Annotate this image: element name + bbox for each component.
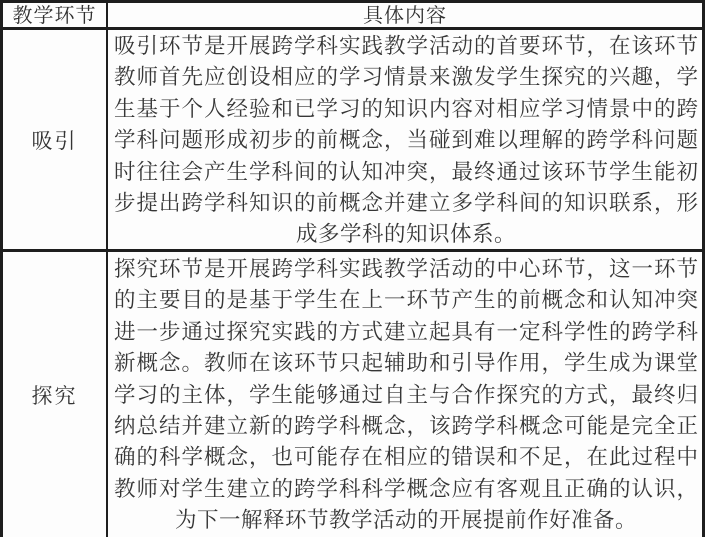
content-line: 时往往会产生学科间的认知冲突，最终通过该环节学生能初 — [114, 157, 698, 188]
header-cell-content: 具体内容 — [108, 3, 702, 27]
content-line: 步提出跨学科知识的前概念并建立多学科间的知识联系，形 — [114, 188, 698, 219]
content-line: 新概念。教师在该环节只起辅助和引导作用，学生成为课堂 — [114, 348, 698, 379]
stage-label-explore: 探究 — [3, 252, 108, 537]
content-line: 学科问题形成初步的前概念，当碰到难以理解的跨学科问题 — [114, 125, 698, 156]
header-row: 教学环节 具体内容 — [3, 3, 702, 30]
content-line: 进一步通过探究实践的方式建立起具有一定科学性的跨学科 — [114, 317, 698, 348]
document-page: 教学环节 具体内容 吸引 吸引环节是开展跨学科实践教学活动的首要环节，在该环节教… — [0, 0, 705, 537]
content-line: 为下一解释环节教学活动的开展提前作好准备。 — [114, 505, 698, 536]
content-line: 成多学科的知识体系。 — [114, 219, 698, 250]
stage-label-attract: 吸引 — [3, 30, 108, 249]
content-line: 教师首先应创设相应的学习情景来激发学生探究的兴趣，学 — [114, 62, 698, 93]
header-cell-stage: 教学环节 — [3, 3, 108, 27]
teaching-stages-table: 教学环节 具体内容 吸引 吸引环节是开展跨学科实践教学活动的首要环节，在该环节教… — [0, 0, 705, 537]
content-line: 教师对学生建立的跨学科科学概念应有客观且正确的认识， — [114, 474, 698, 505]
content-line: 纳总结并建立新的跨学科概念，该跨学科概念可能是完全正 — [114, 411, 698, 442]
content-line: 学习的主体，学生能够通过自主与合作探究的方式，最终归 — [114, 380, 698, 411]
content-line: 确的科学概念，也可能存在相应的错误和不足，在此过程中 — [114, 442, 698, 473]
content-line: 生基于个人经验和已学习的知识内容对相应学习情景中的跨 — [114, 94, 698, 125]
table-row-attract: 吸引 吸引环节是开展跨学科实践教学活动的首要环节，在该环节教师首先应创设相应的学… — [3, 30, 702, 252]
content-line: 探究环节是开展跨学科实践教学活动的中心环节，这一环节 — [114, 254, 698, 285]
content-line: 吸引环节是开展跨学科实践教学活动的首要环节，在该环节 — [114, 31, 698, 62]
content-cell-attract: 吸引环节是开展跨学科实践教学活动的首要环节，在该环节教师首先应创设相应的学习情景… — [108, 30, 702, 249]
content-cell-explore: 探究环节是开展跨学科实践教学活动的中心环节，这一环节的主要目的是基于学生在上一环… — [108, 252, 702, 537]
content-line: 的主要目的是基于学生在上一环节产生的前概念和认知冲突 — [114, 285, 698, 316]
table-row-explore: 探究 探究环节是开展跨学科实践教学活动的中心环节，这一环节的主要目的是基于学生在… — [3, 252, 702, 537]
